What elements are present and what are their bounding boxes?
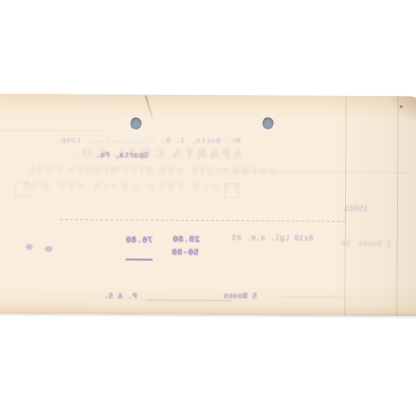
faint-ink-smudge-1: [26, 244, 33, 250]
ghost-letterhead-line2: ANTHRACITE AND BITUMINOUS COAL: [25, 166, 276, 178]
faint-ink-smudge-2: [45, 246, 53, 252]
faint-ruled-line-top-left: [0, 130, 105, 132]
ghost-boxes-note: 5 Boxes: [223, 293, 257, 301]
paper-crease: [145, 95, 154, 120]
faint-dashed-line: [60, 219, 345, 222]
ghost-item-description: 8x10 Lgl. a.m. #3: [232, 235, 314, 243]
vertical-fold-line-right: [396, 96, 398, 316]
paper-sheet: Mr. Butts, J. D. .............. Loop. SP…: [0, 94, 416, 317]
ghost-town-name: Sparta, Pa.: [95, 152, 148, 160]
ghost-total-underline: [126, 258, 153, 260]
ghost-amount-total: 76.80: [126, 236, 153, 245]
curled-corner-shading: [388, 96, 416, 122]
ghost-qty-note: 2 Boxes: [358, 241, 392, 249]
faint-streak-bottom-right: [281, 296, 351, 297]
ghost-letterhead-line3: FLOUR FEED GRAIN AND HAY: [19, 182, 238, 193]
punch-hole-left: [130, 118, 141, 130]
ghost-letterhead-left-box: [15, 182, 30, 197]
ghost-serial-number: 15081: [344, 206, 368, 214]
ghost-letterhead-right-box: [224, 183, 239, 198]
paper-speck: [400, 105, 403, 108]
punch-hole-right: [262, 117, 273, 129]
ghost-amount-lower: 50-80: [172, 249, 199, 258]
ghost-initials: P. & S.: [103, 293, 137, 301]
ghost-signature-rule: [145, 300, 231, 302]
ghost-amount-sub: 28.80: [173, 236, 200, 245]
ghost-qty-small: 86: [341, 241, 351, 249]
scanned-document-image: Mr. Butts, J. D. .............. Loop. SP…: [0, 0, 416, 416]
